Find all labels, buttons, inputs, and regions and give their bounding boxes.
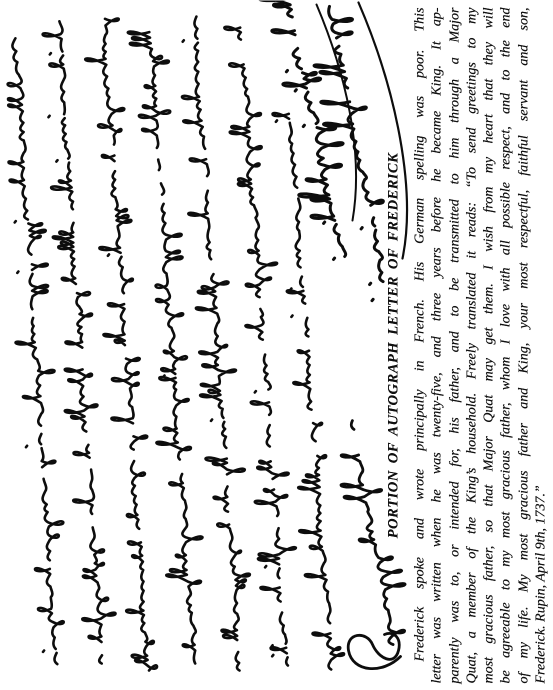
caption-paragraph: Frederick spoke and wrote principally in… [411,7,549,683]
caption-line: be agreeable to my most gracious father,… [497,7,514,683]
handwriting-stroke [259,0,346,259]
handwriting-stroke [181,16,249,670]
handwriting-stroke [7,38,63,664]
caption-line: Quat, a member of the King’s household. … [463,7,480,683]
scanned-page: PORTION OF AUTOGRAPH LETTER OF FREDERICK… [0,0,553,690]
caption-line: letter was written when he was twenty-fi… [428,7,445,683]
handwriting-stroke [314,6,383,300]
handwriting-stroke [42,21,115,663]
rotated-page-content: PORTION OF AUTOGRAPH LETTER OF FREDERICK… [0,0,553,690]
handwriting-stroke [127,22,202,663]
caption-line: of my life. My most gracious father and … [515,7,532,683]
caption-line: Frederick. Rupin, April 9th, 1737.” [532,7,549,683]
caption-title: PORTION OF AUTOGRAPH LETTER OF FREDERICK [385,0,401,690]
handwriting-stroke [316,4,356,220]
caption-line: most gracious father, so that Major Quat… [480,7,497,683]
caption-line: parently was to, or intended for, his fa… [446,7,463,683]
caption-line: Frederick spoke and wrote principally in… [411,7,428,683]
